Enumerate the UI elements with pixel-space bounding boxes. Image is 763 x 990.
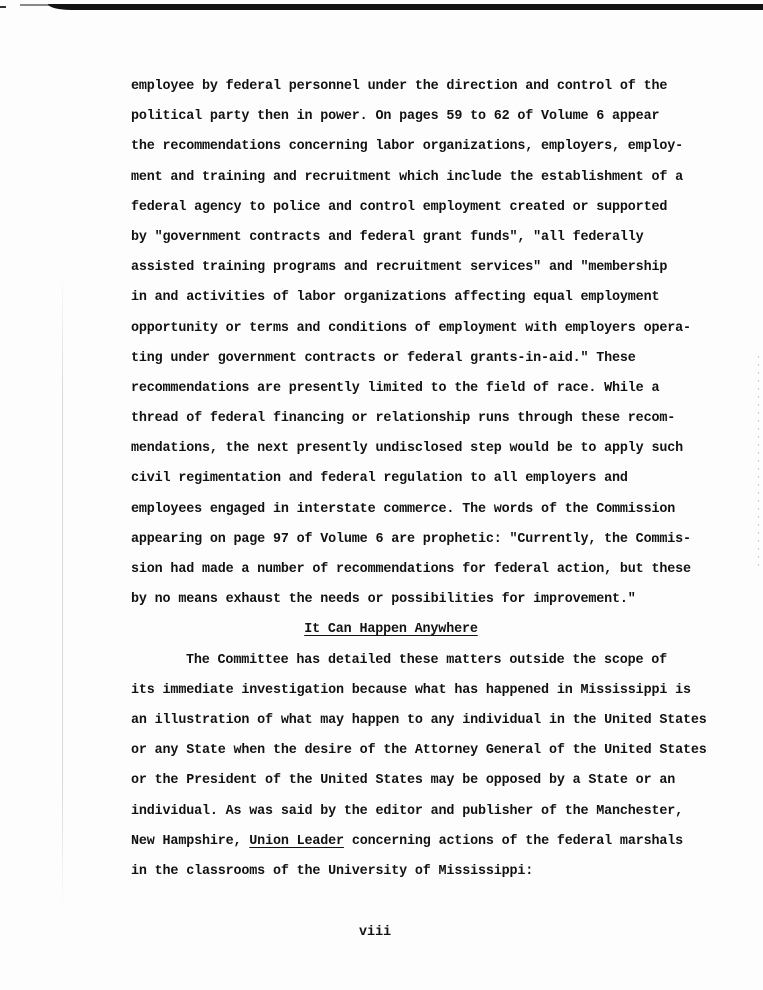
text-line: in the classrooms of the University of M…	[131, 861, 691, 891]
text-line: appearing on page 97 of Volume 6 are pro…	[131, 529, 691, 559]
text-line: civil regimentation and federal regulati…	[131, 468, 691, 498]
scan-left-margin-artifact	[62, 270, 63, 910]
text-line: mendations, the next presently undisclos…	[131, 438, 691, 468]
text-line: federal agency to police and control emp…	[131, 197, 691, 227]
page-number: viii	[359, 925, 391, 940]
text-line: ting under government contracts or feder…	[131, 348, 691, 378]
text-line: opportunity or terms and conditions of e…	[131, 318, 691, 348]
text-line: ment and training and recruitment which …	[131, 167, 691, 197]
text-line: The Committee has detailed these matters…	[131, 650, 691, 680]
paragraph-2: The Committee has detailed these matters…	[131, 650, 691, 892]
text-line: assisted training programs and recruitme…	[131, 257, 691, 287]
publication-title-underlined: Union Leader	[249, 834, 344, 849]
text-line: thread of federal financing or relations…	[131, 408, 691, 438]
text-line: individual. As was said by the editor an…	[131, 801, 691, 831]
text-line: its immediate investigation because what…	[131, 680, 691, 710]
scan-right-margin-artifact	[758, 350, 759, 570]
text-line: by no means exhaust the needs or possibi…	[131, 589, 691, 619]
section-heading: It Can Happen Anywhere	[131, 619, 651, 649]
text-line: sion had made a number of recommendation…	[131, 559, 691, 589]
text-line: or the President of the United States ma…	[131, 770, 691, 800]
text-line: employee by federal personnel under the …	[131, 76, 691, 106]
text-line: or any State when the desire of the Atto…	[131, 740, 691, 770]
scan-edge-tip	[0, 6, 6, 8]
text-fragment: New Hampshire,	[131, 834, 249, 849]
text-line: the recommendations concerning labor org…	[131, 136, 691, 166]
text-line: employees engaged in interstate commerce…	[131, 499, 691, 529]
text-line: in and activities of labor organizations…	[131, 287, 691, 317]
text-line: recommendations are presently limited to…	[131, 378, 691, 408]
text-line: political party then in power. On pages …	[131, 106, 691, 136]
paragraph-1: employee by federal personnel under the …	[131, 76, 691, 619]
text-line: by "government contracts and federal gra…	[131, 227, 691, 257]
scan-edge-bar	[48, 4, 763, 10]
text-line: New Hampshire, Union Leader concerning a…	[131, 831, 691, 861]
text-fragment: concerning actions of the federal marsha…	[344, 834, 683, 849]
document-body: employee by federal personnel under the …	[131, 76, 691, 891]
text-line: an illustration of what may happen to an…	[131, 710, 691, 740]
